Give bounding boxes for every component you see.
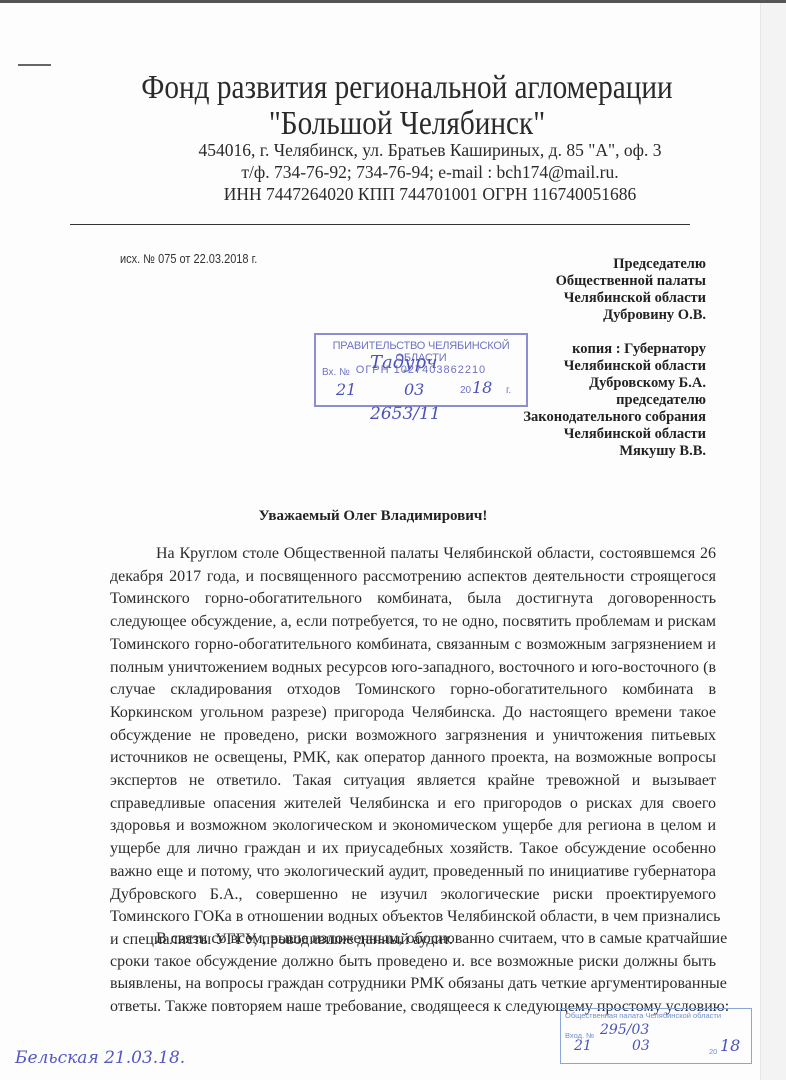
salutation: Уважаемый Олег Владимирович! (0, 508, 766, 525)
paragraph-2: В связи со всем, выше изложенным, обосно… (110, 928, 716, 1019)
handwritten-year: 18 (472, 378, 492, 397)
text-line: Томинского горно-обогатительного комбина… (110, 588, 716, 611)
org-address: 454016, г. Челябинск, ул. Братьев Кашири… (160, 140, 700, 161)
text-line: источников не освещены, РМК, как операто… (110, 747, 716, 770)
stamp-title: Общественная палата Челябинской области (565, 1011, 721, 1020)
copy-line: Челябинской области (523, 358, 706, 375)
paragraph-1: На Круглом столе Общественной палаты Чел… (110, 543, 716, 952)
letterhead: Фонд развития региональной агломерации "… (0, 70, 786, 142)
handwritten-registration-number: 2653/11 (370, 404, 441, 424)
copy-line: Дубровскому Б.А. (523, 375, 706, 392)
addressee-line: Председателю (523, 256, 706, 273)
copy-line: копия : Губернатору (523, 341, 706, 358)
scan-edge (760, 0, 786, 1080)
text-line: ущербе для лично граждан и их приусадебн… (110, 838, 716, 861)
text-line: здоровья и возможном экологическом и эко… (110, 815, 716, 838)
text-line: Томинского ГОКа в отношении водных объек… (110, 906, 716, 929)
text-line: сроки такое обсуждение должно быть прове… (110, 951, 716, 974)
org-contacts: т/ф. 734-76-92; 734-76-94; e-mail : bch1… (160, 162, 700, 183)
text-line: важно еще и потому, что экологический ау… (110, 861, 716, 884)
handwritten-month: 03 (404, 380, 424, 399)
addressee-line: Общественной палаты (523, 273, 706, 290)
org-name-line2: "Большой Челябинск" (81, 106, 733, 142)
copy-line: председателю (523, 392, 706, 409)
handwritten-month: 03 (632, 1038, 650, 1054)
margin-mark (18, 64, 51, 66)
text-line: На Круглом столе Общественной палаты Чел… (110, 543, 716, 566)
outgoing-number: исх. № 075 от 22.03.2018 г. (120, 252, 257, 266)
text-line: выявлены, на вопросы граждан сотрудники … (110, 973, 716, 996)
copy-line: Законодательного собрания (523, 409, 706, 426)
stamp-in-label: Вх. № (322, 367, 350, 378)
text-line: декабря 2017 года, и посвященного рассмо… (110, 566, 716, 589)
org-registration: ИНН 7447264020 КПП 744701001 ОГРН 116740… (160, 184, 700, 205)
handwritten-incoming-number: 295/03 (600, 1022, 649, 1038)
addressee-block: Председателю Общественной палаты Челябин… (523, 256, 706, 460)
letterhead-divider (70, 224, 690, 225)
text-line: Томинского горно-обогатительного комбина… (110, 634, 716, 657)
text-line: В связи со всем, выше изложенным, обосно… (110, 928, 716, 951)
org-name-line1: Фонд развития региональной агломерации (81, 70, 733, 106)
stamp-year-prefix: 20 (460, 385, 471, 396)
text-line: справедливые опасения жителей Челябинска… (110, 793, 716, 816)
handwritten-day: 21 (574, 1038, 592, 1054)
text-line: Дубровского Б.А., совершенно не изучил э… (110, 884, 716, 907)
handwritten-signature-note: Бельская 21.03.18. (15, 1048, 185, 1068)
text-line: экспертов не ответило. Такая ситуация яв… (110, 770, 716, 793)
copy-line: Мякушу В.В. (523, 443, 706, 460)
text-line: обсуждение не проведено, риски возможног… (110, 725, 716, 748)
text-line: следующее обсуждение, а, если потребуетс… (110, 611, 716, 634)
text-line: полным уничтожением водных ресурсов юго-… (110, 657, 716, 680)
spacer (523, 324, 706, 341)
copy-line: Челябинской области (523, 426, 706, 443)
scan-top-edge (0, 0, 786, 3)
text-line: Коркинском угольном разрезе) пригорода Ч… (110, 702, 716, 725)
addressee-line: Челябинской области (523, 290, 706, 307)
stamp-year-suffix: г. (506, 385, 511, 396)
stamp-year-prefix: 20 (709, 1047, 717, 1056)
handwritten-day: 21 (336, 380, 356, 399)
handwritten-name: Тадурч (370, 352, 437, 373)
text-line: случае складирования отходов Томинского … (110, 679, 716, 702)
addressee-line: Дубровину О.В. (523, 307, 706, 324)
handwritten-year: 18 (720, 1036, 740, 1055)
